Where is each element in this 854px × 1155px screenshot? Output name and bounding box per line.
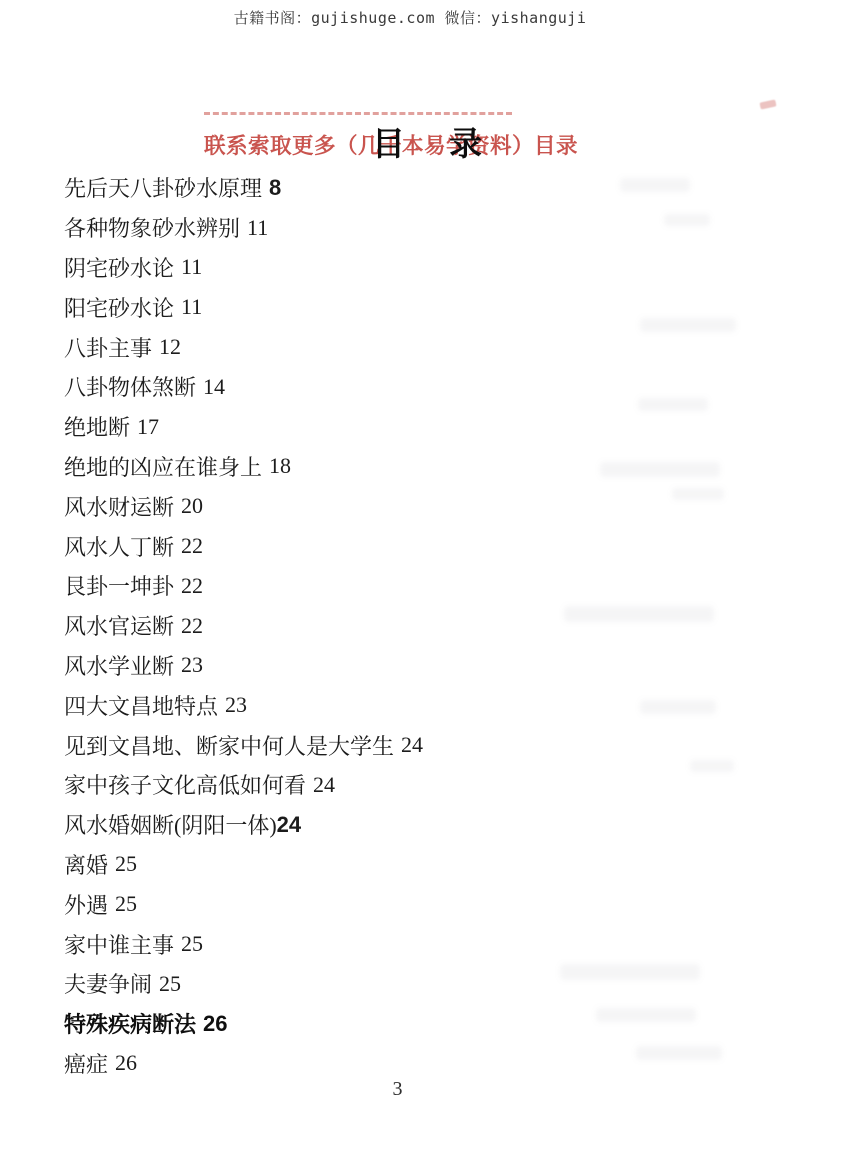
toc-entry: 阴宅砂水论11 xyxy=(64,248,624,288)
toc-entry: 风水婚姻断(阴阳一体)24 xyxy=(64,805,624,845)
toc-entry-title: 夫妻争闹 xyxy=(64,968,152,999)
toc-entry-title: 风水官运断 xyxy=(64,610,174,641)
toc-entry-title: 特殊疾病断法 xyxy=(64,1008,196,1039)
toc-entry-page-number: 23 xyxy=(181,652,203,678)
toc-entry-title: 先后天八卦砂水原理 xyxy=(64,172,262,203)
toc-entry-page-number: 24 xyxy=(277,812,301,838)
bleed-through-artifact xyxy=(672,488,724,500)
bleed-through-artifact xyxy=(620,178,690,192)
toc-entry-page-number: 24 xyxy=(401,732,423,758)
toc-entry-page-number: 23 xyxy=(225,692,247,718)
bleed-through-artifact xyxy=(638,398,708,411)
toc-entry: 先后天八卦砂水原理8 xyxy=(64,168,624,208)
toc-entry-page-number: 17 xyxy=(137,414,159,440)
toc-entry-page-number: 25 xyxy=(181,931,203,957)
toc-entry-page-number: 25 xyxy=(115,891,137,917)
toc-entry-page-number: 24 xyxy=(313,772,335,798)
toc-entry: 见到文昌地、断家中何人是大学生24 xyxy=(64,725,624,765)
toc-entry: 八卦物体煞断14 xyxy=(64,367,624,407)
site-header-watermark: 古籍书阁：gujishuge.com 微信：yishanguji xyxy=(0,7,820,28)
page-number: 3 xyxy=(0,1078,795,1101)
red-dashed-line-artifact xyxy=(204,112,512,115)
toc-entry-page-number: 25 xyxy=(159,971,181,997)
toc-entry-page-number: 22 xyxy=(181,573,203,599)
toc-entry: 风水学业断23 xyxy=(64,646,624,686)
toc-entry-title: 癌症 xyxy=(64,1048,108,1079)
red-mark-artifact xyxy=(759,99,776,109)
toc-entry-title: 八卦主事 xyxy=(64,332,152,363)
toc-entry: 风水财运断20 xyxy=(64,486,624,526)
toc-entry-page-number: 22 xyxy=(181,613,203,639)
toc-list: 先后天八卦砂水原理8各种物象砂水辨别11阴宅砂水论11阳宅砂水论11八卦主事12… xyxy=(64,168,624,1083)
toc-entry-page-number: 12 xyxy=(159,334,181,360)
toc-entry-page-number: 11 xyxy=(181,294,202,320)
page-title-char: 录 xyxy=(449,118,482,165)
toc-entry-title: 见到文昌地、断家中何人是大学生 xyxy=(64,730,394,761)
toc-entry-title: 家中孩子文化高低如何看 xyxy=(64,769,306,800)
toc-entry-title: 风水人丁断 xyxy=(64,531,174,562)
bleed-through-artifact xyxy=(636,1046,722,1060)
toc-entry-page-number: 14 xyxy=(203,374,225,400)
toc-entry-page-number: 8 xyxy=(269,175,281,201)
toc-entry: 特殊疾病断法26 xyxy=(64,1004,624,1044)
toc-page: 古籍书阁：gujishuge.com 微信：yishanguji 联系索取更多（… xyxy=(0,0,854,1155)
toc-entry-page-number: 26 xyxy=(203,1011,227,1037)
toc-entry-page-number: 20 xyxy=(181,493,203,519)
toc-entry-title: 四大文昌地特点 xyxy=(64,690,218,721)
toc-entry-page-number: 11 xyxy=(181,254,202,280)
toc-entry-page-number: 18 xyxy=(269,453,291,479)
bleed-through-artifact xyxy=(640,700,716,714)
bleed-through-artifact xyxy=(664,214,710,226)
toc-entry-title: 风水学业断 xyxy=(64,650,174,681)
toc-entry: 夫妻争闹25 xyxy=(64,964,624,1004)
toc-entry-title: 阴宅砂水论 xyxy=(64,252,174,283)
toc-entry: 家中谁主事25 xyxy=(64,924,624,964)
toc-entry: 风水人丁断22 xyxy=(64,526,624,566)
toc-entry-title: 外遇 xyxy=(64,889,108,920)
bleed-through-artifact xyxy=(640,318,736,332)
toc-entry-title: 风水婚姻断(阴阳一体) xyxy=(64,809,277,840)
toc-entry: 离婚25 xyxy=(64,845,624,885)
toc-entry-title: 阳宅砂水论 xyxy=(64,292,174,323)
toc-entry: 阳宅砂水论11 xyxy=(64,287,624,327)
toc-entry: 艮卦一坤卦22 xyxy=(64,566,624,606)
toc-entry-title: 离婚 xyxy=(64,849,108,880)
toc-entry-page-number: 25 xyxy=(115,851,137,877)
toc-entry-page-number: 11 xyxy=(247,215,268,241)
toc-entry: 家中孩子文化高低如何看24 xyxy=(64,765,624,805)
toc-entry: 风水官运断22 xyxy=(64,606,624,646)
toc-entry-title: 八卦物体煞断 xyxy=(64,371,196,402)
toc-entry-page-number: 26 xyxy=(115,1050,137,1076)
toc-entry-title: 艮卦一坤卦 xyxy=(64,570,174,601)
toc-entry: 绝地断17 xyxy=(64,407,624,447)
toc-entry: 绝地的凶应在谁身上18 xyxy=(64,447,624,487)
bleed-through-artifact xyxy=(690,760,734,772)
toc-entry: 各种物象砂水辨别11 xyxy=(64,208,624,248)
toc-entry-title: 家中谁主事 xyxy=(64,929,174,960)
toc-entry: 外遇25 xyxy=(64,884,624,924)
toc-entry: 四大文昌地特点23 xyxy=(64,685,624,725)
toc-entry-title: 绝地的凶应在谁身上 xyxy=(64,451,262,482)
toc-entry-title: 绝地断 xyxy=(64,411,130,442)
toc-entry-page-number: 22 xyxy=(181,533,203,559)
toc-entry-title: 各种物象砂水辨别 xyxy=(64,212,240,243)
page-title: 目 录 xyxy=(0,118,854,165)
page-title-char: 目 xyxy=(372,118,405,165)
toc-entry-title: 风水财运断 xyxy=(64,491,174,522)
toc-entry: 八卦主事12 xyxy=(64,327,624,367)
